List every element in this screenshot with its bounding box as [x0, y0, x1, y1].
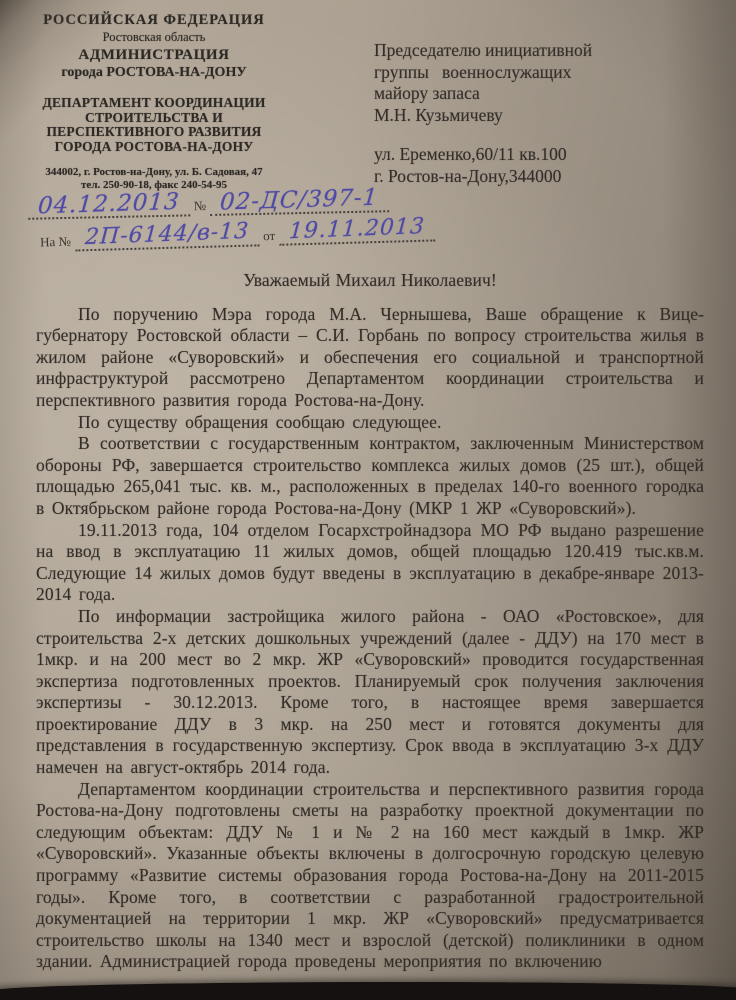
letter-body: Уважаемый Михаил Николаевич! По поручени… — [36, 270, 704, 973]
registration-row-incoming: На № 2П-6144/в-13 от 19.11.2013 — [36, 215, 436, 252]
photo-bottom-shadow — [0, 982, 736, 1000]
addressee-address: ул. Еременко,60/11 кв.100 г. Ростов-на-Д… — [374, 144, 704, 187]
org-address-street: 344002, г. Ростов-на-Дону, ул. Б. Садова… — [8, 166, 300, 179]
addressee-street: ул. Еременко,60/11 кв.100 — [374, 144, 704, 166]
addressee-title-line2: группы военнослужащих — [374, 62, 704, 84]
outgoing-date-handwritten: 04.12.2013 — [37, 190, 180, 219]
paragraph-assignment: По поручению Мэра города М.А. Чернышева,… — [36, 304, 704, 412]
from-label: от — [259, 228, 280, 247]
addressee-city: г. Ростов-на-Дону,344000 — [374, 166, 704, 188]
salutation: Уважаемый Михаил Николаевич! — [36, 270, 704, 292]
letterhead: РОССИЙСКАЯ ФЕДЕРАЦИЯ Ростовская область … — [8, 12, 300, 192]
paragraph-kindergartens: По информации застройщика жилого района … — [36, 606, 704, 779]
org-administration: АДМИНИСТРАЦИЯ — [8, 47, 300, 64]
org-city: города РОСТОВА-НА-ДОНУ — [8, 65, 300, 81]
incoming-number-handwritten: 2П-6144/в-13 — [84, 220, 250, 250]
department-name-line2: СТРОИТЕЛЬСТВА И — [8, 111, 300, 126]
number-sign-label: № — [190, 198, 211, 216]
paragraph-intro: По существу обращения сообщаю следующее. — [36, 412, 704, 434]
registration-row-outgoing: 04.12.2013 № 02-ДС/397-1 — [28, 186, 389, 220]
outgoing-number-handwritten: 02-ДС/397-1 — [219, 186, 379, 215]
department-name-line3: ПЕРСПЕКТИВНОГО РАЗВИТИЯ — [8, 125, 300, 140]
incoming-number-field: 2П-6144/в-13 — [75, 220, 260, 251]
document-photo: РОССИЙСКАЯ ФЕДЕРАЦИЯ Ростовская область … — [0, 0, 736, 1000]
paragraph-school-clinic: Департаментом координации строительства … — [36, 779, 704, 973]
outgoing-number-field: 02-ДС/397-1 — [210, 186, 389, 216]
department-name-line1: ДЕПАРТАМЕНТ КООРДИНАЦИИ — [8, 96, 300, 111]
department-name-line4: ГОРОДА РОСТОВА-НА-ДОНУ — [8, 140, 300, 155]
paragraph-commissioning: 19.11.2013 года, 104 отделом Госархстрой… — [36, 520, 704, 606]
incoming-date-handwritten: 19.11.2013 — [288, 215, 425, 244]
paragraph-contract: В соответствии с государственным контрак… — [36, 433, 704, 519]
outgoing-date-field: 04.12.2013 — [28, 190, 190, 219]
org-region: Ростовская область — [8, 30, 300, 45]
addressee-block: Председателю инициативной группы военнос… — [374, 40, 704, 187]
addressee-title-line3: майору запаса — [374, 83, 704, 105]
department-name: ДЕПАРТАМЕНТ КООРДИНАЦИИ СТРОИТЕЛЬСТВА И … — [8, 96, 300, 154]
incoming-date-field: 19.11.2013 — [279, 215, 436, 245]
org-country: РОССИЙСКАЯ ФЕДЕРАЦИЯ — [8, 12, 300, 29]
addressee-title-line1: Председателю инициативной — [374, 40, 704, 62]
reply-number-label: На № — [36, 233, 75, 252]
addressee-name: М.Н. Кузьмичеву — [374, 105, 704, 127]
